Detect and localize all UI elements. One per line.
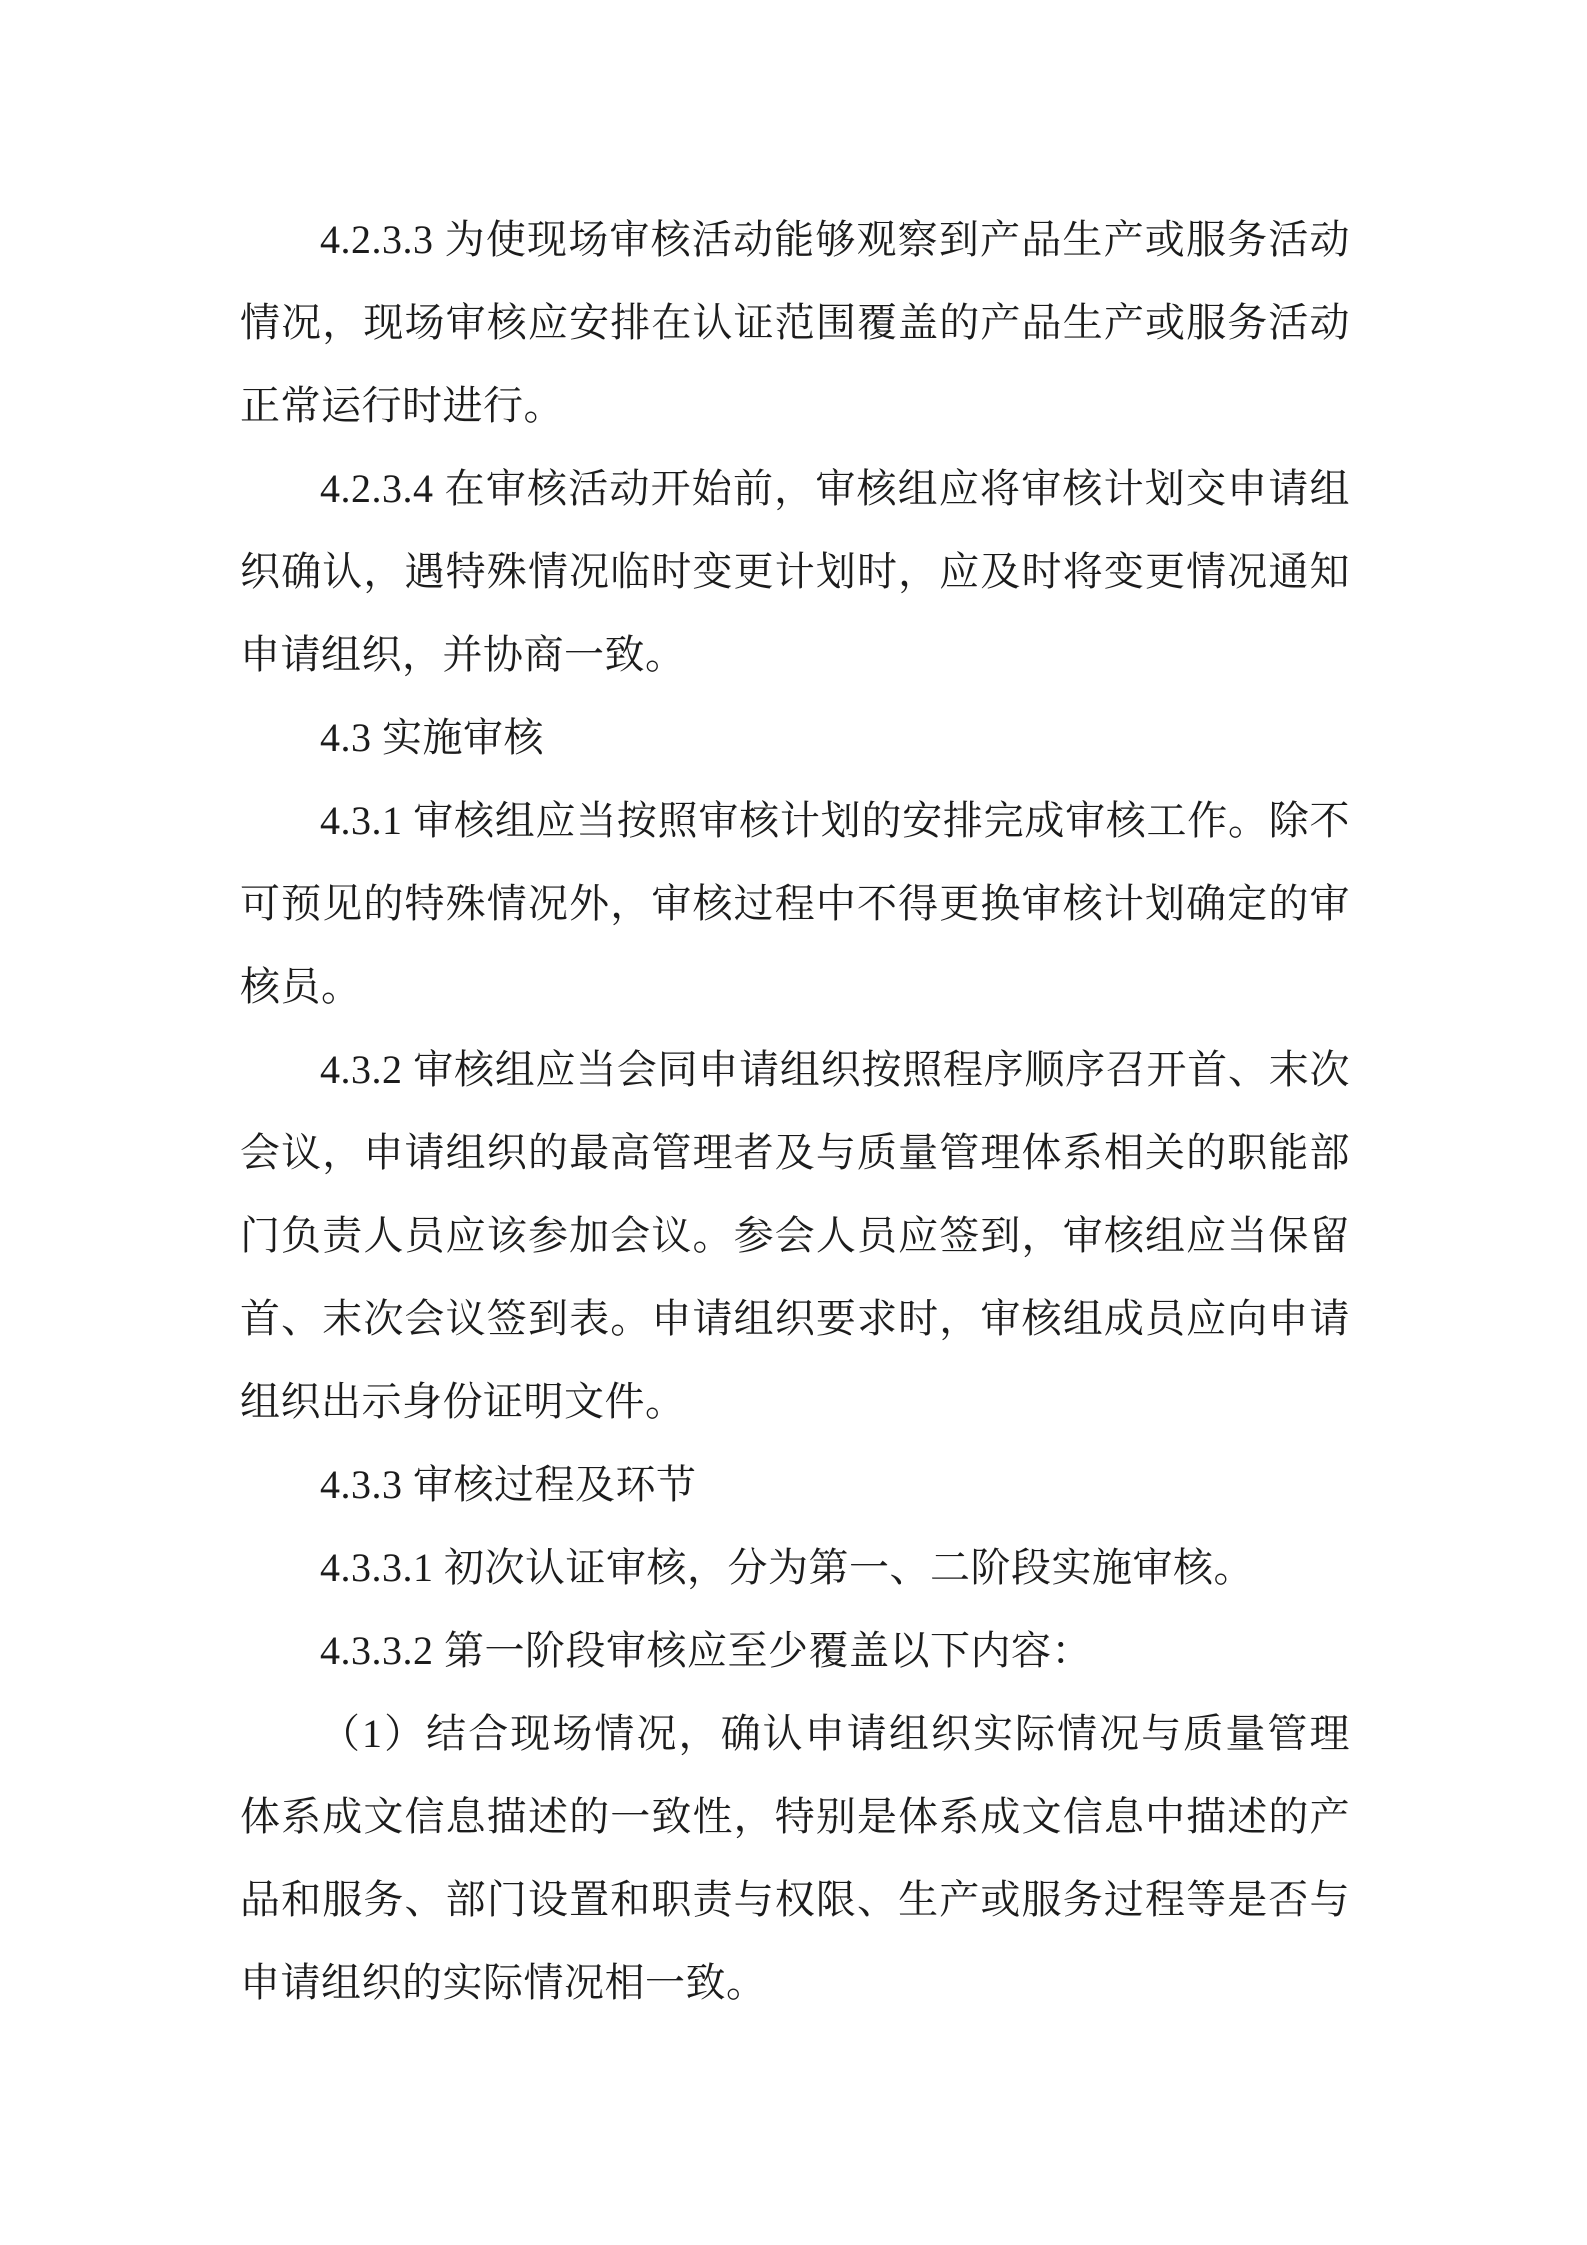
- paragraph-item-1: （1）结合现场情况，确认申请组织实际情况与质量管理体系成文信息描述的一致性，特别…: [240, 1692, 1350, 2024]
- heading-4-3-3: 4.3.3 审核过程及环节: [240, 1443, 1350, 1526]
- document-body: 4.2.3.3 为使现场审核活动能够观察到产品生产或服务活动情况，现场审核应安排…: [240, 198, 1350, 2024]
- paragraph-4-3-3-2: 4.3.3.2 第一阶段审核应至少覆盖以下内容：: [240, 1609, 1350, 1692]
- paragraph-4-2-3-3: 4.2.3.3 为使现场审核活动能够观察到产品生产或服务活动情况，现场审核应安排…: [240, 198, 1350, 447]
- paragraph-4-2-3-4: 4.2.3.4 在审核活动开始前，审核组应将审核计划交申请组织确认，遇特殊情况临…: [240, 447, 1350, 696]
- paragraph-4-3-2: 4.3.2 审核组应当会同申请组织按照程序顺序召开首、末次会议，申请组织的最高管…: [240, 1028, 1350, 1443]
- paragraph-4-3-3-1: 4.3.3.1 初次认证审核，分为第一、二阶段实施审核。: [240, 1526, 1350, 1609]
- document-page: 4.2.3.3 为使现场审核活动能够观察到产品生产或服务活动情况，现场审核应安排…: [0, 0, 1587, 2245]
- heading-4-3: 4.3 实施审核: [240, 696, 1350, 779]
- paragraph-4-3-1: 4.3.1 审核组应当按照审核计划的安排完成审核工作。除不可预见的特殊情况外，审…: [240, 779, 1350, 1028]
